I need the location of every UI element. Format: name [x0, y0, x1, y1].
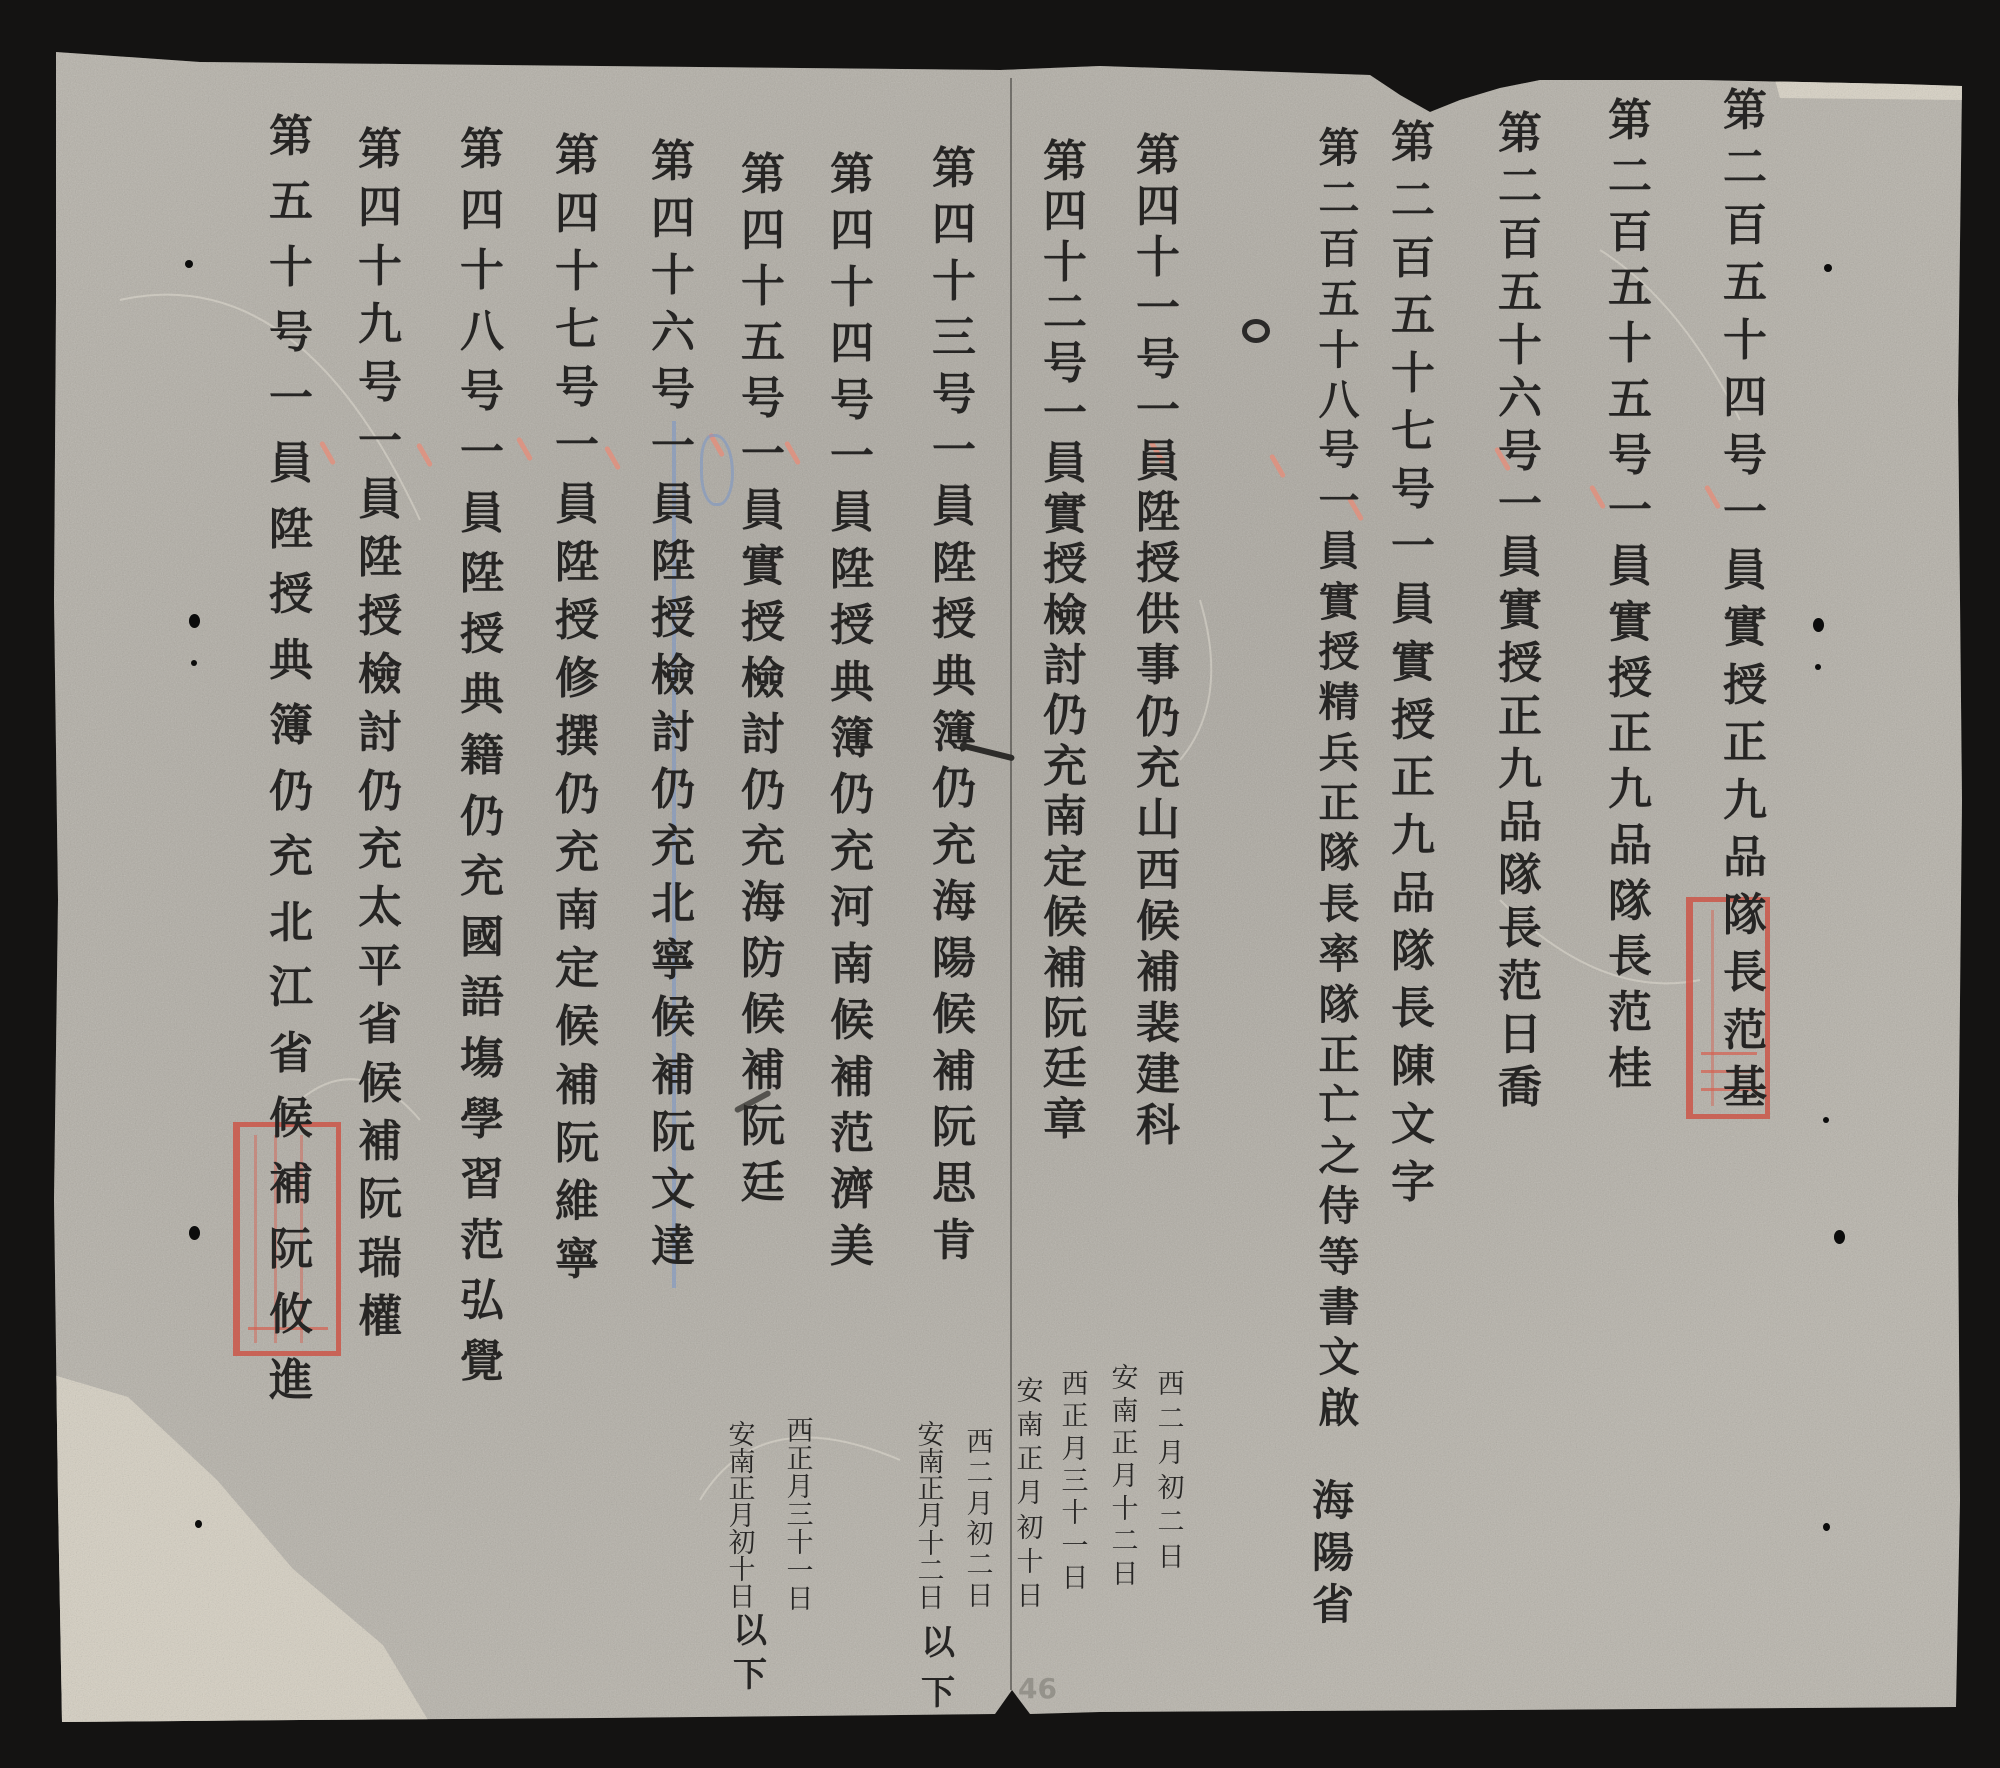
glyph: 弘	[460, 1279, 504, 1323]
glyph: 授	[1043, 543, 1087, 587]
glyph: 實	[1043, 493, 1087, 537]
glyph: 省	[1312, 1584, 1354, 1626]
glyph: 補	[358, 1120, 402, 1164]
entry-column-42: 第四十二号一員實授檢討仍充南定候補阮廷章	[1040, 140, 1090, 1142]
glyph: 員	[1136, 440, 1180, 484]
glyph: 七	[1391, 410, 1435, 454]
entry-column-254: 第二百五十四号一員實授正九品隊長范基	[1720, 89, 1770, 1110]
glyph: 十	[1608, 322, 1652, 366]
glyph: 号	[1723, 434, 1767, 478]
glyph: 學	[460, 1098, 504, 1142]
glyph: 山	[1136, 798, 1180, 842]
glyph: 實	[1723, 606, 1767, 650]
glyph: 十	[1043, 241, 1087, 285]
glyph: 補	[555, 1064, 599, 1108]
glyph: 四	[1723, 376, 1767, 420]
glyph: 撰	[555, 715, 599, 759]
glyph: 仍	[269, 770, 313, 814]
glyph: 阮	[1043, 997, 1087, 1041]
glyph: 候	[555, 1005, 599, 1049]
glyph: 一	[1391, 525, 1435, 569]
glyph: 号	[358, 361, 402, 405]
glyph: 正	[1498, 695, 1542, 739]
glyph: 喬	[1498, 1066, 1542, 1110]
glyph: 阮	[269, 1228, 313, 1272]
glyph: 員	[269, 442, 313, 486]
glyph: 章	[1043, 1098, 1087, 1142]
glyph: 候	[830, 999, 874, 1043]
glyph: 長	[1498, 907, 1542, 951]
entry-column-49: 第四十九号一員陞授檢討仍充太平省候補阮瑞權	[355, 128, 405, 1339]
glyph: 一	[269, 377, 313, 421]
glyph: 啟	[1319, 1388, 1360, 1429]
glyph: 一	[555, 424, 599, 468]
glyph: 陳	[1391, 1045, 1435, 1089]
glyph: 阮	[932, 1106, 976, 1150]
fold-crease	[1010, 78, 1012, 1690]
glyph: 一	[1136, 287, 1180, 331]
glyph: 河	[830, 886, 874, 930]
glyph: 阮	[741, 1105, 785, 1149]
glyph: 事	[1136, 644, 1180, 688]
glyph: 簿	[269, 704, 313, 748]
punch-hole	[1823, 1117, 1829, 1123]
glyph: 西	[787, 1418, 814, 1445]
glyph: 一	[830, 435, 874, 479]
glyph: 以	[733, 1614, 767, 1648]
glyph: 四	[741, 209, 785, 253]
glyph: 品	[1723, 836, 1767, 880]
glyph: 省	[269, 1032, 313, 1076]
glyph: 北	[269, 901, 313, 945]
glyph: 陞	[932, 542, 976, 586]
glyph: 二	[1043, 291, 1087, 335]
glyph: 十	[651, 254, 695, 298]
glyph: 十	[1723, 319, 1767, 363]
date-western-1: 西二月初二日	[1155, 1371, 1187, 1571]
glyph: 補	[269, 1163, 313, 1207]
glyph: 授	[1498, 642, 1542, 686]
glyph: 候	[1043, 896, 1087, 940]
date-suffix-4: 以下	[730, 1614, 770, 1692]
glyph: 第	[358, 128, 402, 172]
glyph: 范	[1498, 960, 1542, 1004]
glyph: 下	[921, 1676, 955, 1710]
entry-column-50: 第五十号一員陞授典簿仍充北江省候補阮攸進	[266, 115, 316, 1403]
date-annamese-2: 安南正月初十日	[1014, 1378, 1046, 1610]
glyph: 員	[1608, 545, 1652, 589]
glyph: 實	[741, 545, 785, 589]
entry-column-258: 第二百五十八号一員實授精兵正隊長率隊正亡之侍等書文啟	[1314, 128, 1364, 1429]
glyph: 陞	[651, 540, 695, 584]
glyph: 正	[1319, 783, 1360, 824]
glyph: 員	[830, 491, 874, 535]
glyph: 海	[932, 880, 976, 924]
glyph: 員	[358, 478, 402, 522]
glyph: 授	[932, 598, 976, 642]
glyph: 員	[1498, 536, 1542, 580]
glyph: 候	[651, 996, 695, 1040]
glyph: 南	[555, 889, 599, 933]
glyph: 檢	[651, 654, 695, 698]
glyph: 月	[787, 1474, 814, 1501]
date-western-3: 西二月初二日	[964, 1429, 996, 1610]
document-photo: 第二百五十四号一員實授正九品隊長范基 第二百五十五号一員實授正九品隊長范桂 第二…	[0, 0, 2000, 1768]
glyph: 陞	[555, 541, 599, 585]
glyph: 二	[967, 1460, 994, 1487]
glyph: 正	[1062, 1403, 1089, 1430]
glyph: 南	[1043, 795, 1087, 839]
glyph: 号	[1608, 434, 1652, 478]
glyph: 百	[1723, 204, 1767, 248]
glyph: 授	[830, 604, 874, 648]
glyph: 五	[1391, 294, 1435, 338]
glyph: 討	[741, 713, 785, 757]
glyph: 五	[1608, 378, 1652, 422]
glyph: 十	[932, 260, 976, 304]
glyph: 授	[1608, 657, 1652, 701]
glyph: 号	[830, 379, 874, 423]
glyph: 美	[830, 1225, 874, 1269]
glyph: 二	[1723, 146, 1767, 190]
glyph: 三	[1062, 1468, 1089, 1495]
glyph: 第	[1136, 134, 1180, 178]
glyph: 典	[830, 661, 874, 705]
glyph: 候	[358, 1062, 402, 1106]
glyph: 仍	[741, 769, 785, 813]
glyph: 一	[1136, 389, 1180, 433]
glyph: 覺	[460, 1340, 504, 1384]
glyph: 文	[1391, 1103, 1435, 1147]
glyph: 四	[830, 322, 874, 366]
glyph: 討	[1043, 644, 1087, 688]
glyph: 十	[555, 250, 599, 294]
glyph: 八	[1319, 380, 1360, 421]
glyph: 一	[1062, 1533, 1089, 1560]
glyph: 四	[555, 192, 599, 236]
entry-column-255: 第二百五十五号一員實授正九品隊長范桂	[1605, 99, 1655, 1091]
date-annamese-4: 安南正月初十日	[726, 1422, 758, 1602]
entry-column-257: 第二百五十七号一員實授正九品隊長陳文字	[1388, 121, 1438, 1205]
glyph: 典	[269, 639, 313, 683]
glyph: 西	[1136, 849, 1180, 893]
glyph: 侍	[1319, 1186, 1360, 1227]
glyph: 日	[787, 1586, 814, 1613]
glyph: 安	[1017, 1378, 1044, 1405]
glyph: 月	[967, 1491, 994, 1518]
glyph: 二	[1319, 178, 1360, 219]
glyph: 四	[460, 189, 504, 233]
glyph: 六	[651, 311, 695, 355]
glyph: 月	[1158, 1440, 1185, 1467]
glyph: 海	[741, 881, 785, 925]
glyph: 号	[460, 370, 504, 414]
glyph: 五	[1723, 261, 1767, 305]
glyph: 二	[1608, 155, 1652, 199]
glyph: 第	[1391, 121, 1435, 165]
glyph: 仍	[358, 770, 402, 814]
glyph: 海	[1312, 1480, 1354, 1522]
glyph: 十	[1136, 236, 1180, 280]
glyph: 率	[1319, 934, 1360, 975]
glyph: 四	[830, 209, 874, 253]
glyph: 陞	[830, 548, 874, 592]
glyph: 陞	[269, 508, 313, 552]
glyph: 南	[918, 1449, 945, 1476]
glyph: 濟	[830, 1168, 874, 1212]
punch-hole	[191, 660, 197, 666]
glyph: 九	[358, 303, 402, 347]
glyph: 十	[787, 1530, 814, 1557]
glyph: 思	[932, 1162, 976, 1206]
glyph: 候	[269, 1097, 313, 1141]
glyph: 授	[460, 613, 504, 657]
glyph: 西	[1158, 1371, 1185, 1398]
glyph: 充	[460, 855, 504, 899]
glyph: 肯	[932, 1219, 976, 1263]
glyph: 一	[1723, 491, 1767, 535]
glyph: 日	[967, 1583, 994, 1610]
glyph: 十	[1017, 1549, 1044, 1576]
glyph: 正	[1112, 1430, 1139, 1457]
glyph: 仍	[932, 767, 976, 811]
glyph: 百	[1498, 218, 1542, 262]
glyph: 范	[1723, 1009, 1767, 1053]
glyph: 省	[358, 1003, 402, 1047]
glyph: 補	[1043, 947, 1087, 991]
glyph: 九	[1723, 779, 1767, 823]
glyph: 十	[1062, 1500, 1089, 1527]
punch-hole	[1824, 264, 1832, 272]
glyph: 隊	[1498, 854, 1542, 898]
glyph: 五	[1498, 271, 1542, 315]
glyph: 一	[358, 420, 402, 464]
glyph: 二	[1498, 165, 1542, 209]
glyph: 月	[729, 1503, 756, 1530]
glyph: 号	[555, 366, 599, 410]
glyph: 下	[733, 1658, 767, 1692]
glyph: 正	[787, 1446, 814, 1473]
glyph: 補	[1136, 951, 1180, 995]
glyph: 候	[932, 993, 976, 1037]
entry-column-256: 第二百五十六号一員實授正九品隊長范日喬	[1495, 112, 1545, 1110]
glyph: 書	[1319, 1287, 1360, 1328]
entry-column-48: 第四十八号一員陞授典籍仍充國語塲學習范弘覺	[457, 128, 507, 1384]
glyph: 江	[269, 966, 313, 1010]
glyph: 一	[932, 429, 976, 473]
glyph: 日	[1112, 1561, 1139, 1588]
glyph: 員	[555, 483, 599, 527]
glyph: 十	[741, 265, 785, 309]
glyph: 等	[1319, 1237, 1360, 1278]
glyph: 陽	[932, 937, 976, 981]
glyph: 充	[741, 825, 785, 869]
glyph: 二	[1158, 1406, 1185, 1433]
glyph: 百	[1319, 229, 1360, 270]
glyph: 員	[1043, 442, 1087, 486]
punch-hole	[1823, 1523, 1830, 1531]
glyph: 日	[1017, 1583, 1044, 1610]
glyph: 五	[1319, 279, 1360, 320]
glyph: 十	[460, 249, 504, 293]
glyph: 一	[787, 1558, 814, 1585]
glyph: 九	[1391, 814, 1435, 858]
glyph: 授	[1391, 699, 1435, 743]
glyph: 達	[651, 1225, 695, 1269]
glyph: 建	[1136, 1053, 1180, 1097]
glyph: 隊	[1723, 894, 1767, 938]
glyph: 寧	[651, 939, 695, 983]
glyph: 号	[269, 311, 313, 355]
entry-column-46: 第四十六号一員陞授檢討仍充北寧候補阮文達	[648, 140, 698, 1269]
glyph: 初	[1017, 1515, 1044, 1542]
glyph: 瑞	[358, 1237, 402, 1281]
glyph: 長	[1608, 935, 1652, 979]
sender-signature: 海陽省	[1308, 1480, 1358, 1626]
date-western-2: 西正月三十一日	[1059, 1371, 1091, 1592]
glyph: 范	[1608, 991, 1652, 1035]
separator-circle-mark	[1242, 319, 1270, 343]
glyph: 陞	[1136, 491, 1180, 535]
glyph: 号	[1043, 342, 1087, 386]
glyph: 實	[1319, 582, 1360, 623]
glyph: 授	[1319, 632, 1360, 673]
glyph: 基	[1723, 1066, 1767, 1110]
glyph: 四	[932, 203, 976, 247]
glyph: 四	[358, 186, 402, 230]
glyph: 仍	[460, 795, 504, 839]
glyph: 員	[1319, 531, 1360, 572]
glyph: 号	[1498, 430, 1542, 474]
glyph: 授	[741, 601, 785, 645]
glyph: 陞	[460, 552, 504, 596]
glyph: 仍	[1136, 696, 1180, 740]
glyph: 廷	[1043, 1047, 1087, 1091]
glyph: 十	[729, 1557, 756, 1584]
glyph: 實	[1498, 589, 1542, 633]
glyph: 一	[1498, 483, 1542, 527]
glyph: 補	[651, 1054, 695, 1098]
glyph: 防	[741, 937, 785, 981]
glyph: 陞	[358, 536, 402, 580]
glyph: 西	[967, 1429, 994, 1456]
glyph: 塲	[460, 1037, 504, 1081]
glyph: 北	[651, 882, 695, 926]
glyph: 品	[1608, 824, 1652, 868]
glyph: 廷	[741, 1161, 785, 1205]
glyph: 第	[1319, 128, 1360, 169]
glyph: 簿	[830, 717, 874, 761]
glyph: 九	[1608, 768, 1652, 812]
glyph: 授	[555, 599, 599, 643]
glyph: 第	[1043, 140, 1087, 184]
glyph: 語	[460, 976, 504, 1020]
glyph: 二	[918, 1558, 945, 1585]
glyph: 兵	[1319, 733, 1360, 774]
entry-column-45: 第四十五号一員實授檢討仍充海防候補阮廷	[738, 153, 788, 1205]
glyph: 安	[729, 1422, 756, 1449]
glyph: 号	[1136, 338, 1180, 382]
glyph: 十	[1498, 324, 1542, 368]
glyph: 充	[651, 825, 695, 869]
glyph: 日	[729, 1584, 756, 1611]
glyph: 進	[269, 1359, 313, 1403]
date-annamese-3: 安南正月十二日	[915, 1422, 947, 1612]
glyph: 百	[1391, 237, 1435, 281]
glyph: 正	[918, 1476, 945, 1503]
glyph: 月	[918, 1503, 945, 1530]
glyph: 日	[1158, 1544, 1185, 1571]
glyph: 充	[269, 835, 313, 879]
glyph: 第	[555, 134, 599, 178]
glyph: 号	[651, 368, 695, 412]
glyph: 六	[1498, 377, 1542, 421]
glyph: 仍	[651, 768, 695, 812]
glyph: 南	[830, 943, 874, 987]
glyph: 阮	[358, 1178, 402, 1222]
glyph: 員	[651, 483, 695, 527]
glyph: 太	[358, 886, 402, 930]
glyph: 定	[555, 947, 599, 991]
glyph: 西	[1062, 1371, 1089, 1398]
archive-number: 46	[1018, 1672, 1057, 1705]
glyph: 正	[1319, 1035, 1360, 1076]
glyph: 仍	[1043, 694, 1087, 738]
glyph: 十	[830, 266, 874, 310]
glyph: 日	[1498, 1013, 1542, 1057]
glyph: 三	[787, 1502, 814, 1529]
glyph: 授	[1723, 664, 1767, 708]
glyph: 第	[932, 147, 976, 191]
glyph: 授	[1136, 542, 1180, 586]
glyph: 候	[1136, 900, 1180, 944]
glyph: 第	[830, 153, 874, 197]
glyph: 實	[1391, 641, 1435, 685]
glyph: 文	[1319, 1337, 1360, 1378]
glyph: 正	[1017, 1446, 1044, 1473]
glyph: 第	[741, 153, 785, 197]
glyph: 日	[1062, 1565, 1089, 1592]
glyph: 日	[918, 1585, 945, 1612]
glyph: 授	[358, 595, 402, 639]
entry-column-47: 第四十七号一員陞授修撰仍充南定候補阮維寧	[552, 134, 602, 1282]
glyph: 号	[1319, 430, 1360, 471]
glyph: 九	[1498, 748, 1542, 792]
glyph: 授	[651, 597, 695, 641]
glyph: 初	[729, 1530, 756, 1557]
punch-hole	[189, 1226, 200, 1240]
glyph: 供	[1136, 593, 1180, 637]
glyph: 員	[741, 489, 785, 533]
glyph: 二	[1391, 179, 1435, 223]
glyph: 典	[932, 655, 976, 699]
punch-hole	[195, 1520, 202, 1528]
glyph: 初	[1158, 1475, 1185, 1502]
glyph: 充	[1136, 747, 1180, 791]
glyph: 精	[1319, 682, 1360, 723]
glyph: 四	[651, 197, 695, 241]
glyph: 八	[460, 310, 504, 354]
glyph: 范	[460, 1219, 504, 1263]
glyph: 十	[1319, 330, 1360, 371]
glyph: 十	[1112, 1496, 1139, 1523]
punch-hole	[189, 614, 200, 628]
glyph: 月	[1062, 1436, 1089, 1463]
glyph: 文	[651, 1168, 695, 1212]
glyph: 修	[555, 657, 599, 701]
date-western-4: 西正月三十一日	[784, 1418, 816, 1613]
glyph: 長	[1391, 987, 1435, 1031]
